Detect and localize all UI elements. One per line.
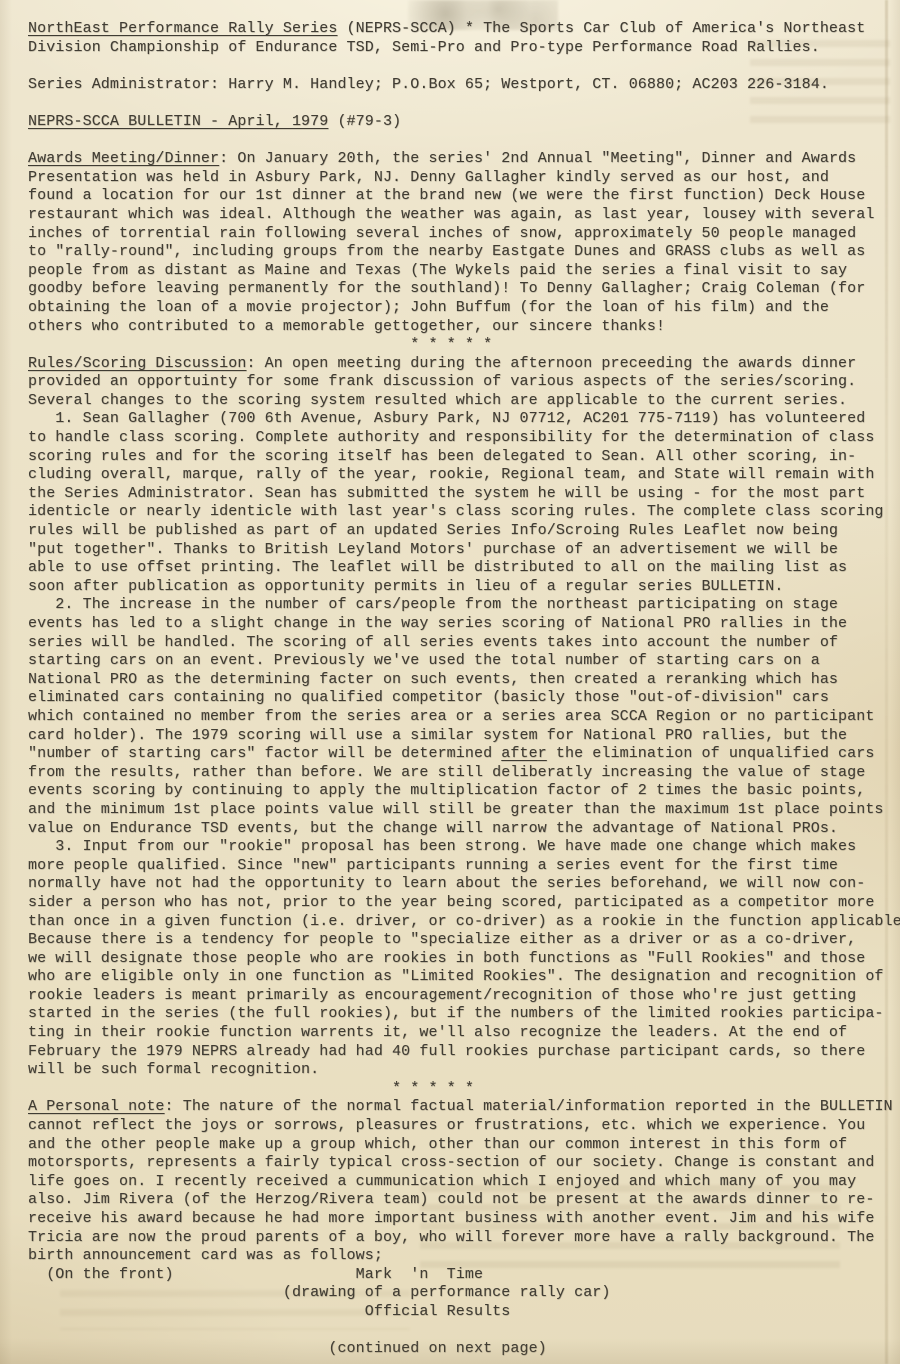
- text-run: Official Results: [28, 1303, 510, 1320]
- rules-heading-line: Rules/Scoring Discussion: An open meetin…: [28, 355, 900, 374]
- document-line: birth announcement card was as follows;: [28, 1247, 900, 1266]
- document-line: also. Jim Rivera (of the Herzog/Rivera t…: [28, 1191, 900, 1210]
- text-run: provided an opportuinty for some frank d…: [28, 373, 856, 390]
- document-line: more people qualified. Since "new" parti…: [28, 857, 900, 876]
- document-line: others who contributed to a memorable ge…: [28, 318, 900, 337]
- card-results-line: Official Results: [28, 1303, 900, 1322]
- text-run: able to use offset printing. The leaflet…: [28, 559, 847, 576]
- text-run: : On January 20th, the series' 2nd Annua…: [219, 150, 856, 167]
- document-line: starting cars on an event. Previously we…: [28, 652, 900, 671]
- text-run: "number of starting cars" factor will be…: [28, 745, 501, 762]
- document-line: rookie leaders is meant primarily as enc…: [28, 987, 900, 1006]
- text-run: 3. Input from our "rookie" proposal has …: [28, 838, 856, 855]
- text-run: scoring rules and for the scoring itself…: [28, 448, 856, 465]
- series-title-line: NorthEast Performance Rally Series (NEPR…: [28, 20, 900, 39]
- text-run: Presentation was held in Asbury Park, NJ…: [28, 169, 829, 186]
- text-run: (drawing of a performance rally car): [28, 1284, 611, 1301]
- text-run: and the other people make up a group whi…: [28, 1136, 847, 1153]
- text-run: inches of torrential rain following seve…: [28, 225, 856, 242]
- text-run: value on Endurance TSD events, but the c…: [28, 820, 838, 837]
- document-line: Several changes to the scoring system re…: [28, 392, 900, 411]
- document-line: card holder). The 1979 scoring will use …: [28, 727, 900, 746]
- document-line: inches of torrential rain following seve…: [28, 225, 900, 244]
- document-line: obtaining the loan of a movie projector)…: [28, 299, 900, 318]
- document-line: 3. Input from our "rookie" proposal has …: [28, 838, 900, 857]
- text-run: receive his award because he had more im…: [28, 1210, 874, 1227]
- document-line: [28, 1322, 900, 1341]
- document-line: rules will be published as part of an up…: [28, 522, 900, 541]
- text-run: soon after publication as opportunity pe…: [28, 578, 783, 595]
- document-line: soon after publication as opportunity pe…: [28, 578, 900, 597]
- document-line: who are eligible only in one function as…: [28, 968, 900, 987]
- administrator-line: Series Administrator: Harry M. Handley; …: [28, 76, 900, 95]
- text-run: more people qualified. Since "new" parti…: [28, 857, 838, 874]
- text-run: (#79-3): [328, 113, 401, 130]
- document-line: cannot reflect the joys or sorrows, plea…: [28, 1117, 900, 1136]
- continued-note: (continued on next page): [28, 1340, 900, 1359]
- text-run: to "rally-round", including groups from …: [28, 243, 865, 260]
- underlined-text: NorthEast Performance Rally Series: [28, 20, 337, 37]
- text-run: (On the front) Mark 'n Time: [28, 1266, 483, 1283]
- text-run: restaurant which was ideal. Although the…: [28, 206, 874, 223]
- underlined-text: Rules/Scoring Discussion: [28, 355, 246, 372]
- text-run: birth announcement card was as follows;: [28, 1247, 383, 1264]
- text-run: : The nature of the normal factual mater…: [165, 1098, 893, 1115]
- text-run: 2. The increase in the number of cars/pe…: [28, 596, 838, 613]
- text-run: rules will be published as part of an up…: [28, 522, 838, 539]
- underlined-text: after: [501, 745, 547, 762]
- text-run: the elimination of unqualified cars: [547, 745, 875, 762]
- document-line: normally have not had the opportunity to…: [28, 875, 900, 894]
- document-line: receive his award because he had more im…: [28, 1210, 900, 1229]
- document-line: from the results, rather than before. We…: [28, 764, 900, 783]
- text-run: : An open meeting during the afternoon p…: [246, 355, 856, 372]
- document-line: to "rally-round", including groups from …: [28, 243, 900, 262]
- text-run: Division Championship of Endurance TSD, …: [28, 39, 820, 56]
- text-run: also. Jim Rivera (of the Herzog/Rivera t…: [28, 1191, 874, 1208]
- awards-heading-line: Awards Meeting/Dinner: On January 20th, …: [28, 150, 900, 169]
- document-line: [28, 57, 900, 76]
- scanned-bulletin-page: { "page": { "kind": "typewritten scanned…: [0, 0, 900, 1364]
- document-line: series will be handled. The scoring of a…: [28, 634, 900, 653]
- text-run: goodby before leaving permanently for th…: [28, 280, 865, 297]
- document-line: we will designate those people who are r…: [28, 950, 900, 969]
- document-line: value on Endurance TSD events, but the c…: [28, 820, 900, 839]
- document-line: Tricia are now the proud parents of a bo…: [28, 1229, 900, 1248]
- text-run: which contained no member from the serie…: [28, 708, 874, 725]
- document-line: ting in their rookie function warrents i…: [28, 1024, 900, 1043]
- document-line: February the 1979 NEPRS already had had …: [28, 1043, 900, 1062]
- document-line: life goes on. I recently received a cumm…: [28, 1173, 900, 1192]
- text-run: February the 1979 NEPRS already had had …: [28, 1043, 865, 1060]
- text-run: cluding overall, marque, rally of the ye…: [28, 466, 874, 483]
- text-run: sider a person who has not, prior to the…: [28, 894, 874, 911]
- text-run: * * * * *: [28, 1080, 474, 1097]
- document-line: National PRO as the determining facter o…: [28, 671, 900, 690]
- text-run: eliminated cars containing no qualified …: [28, 689, 829, 706]
- document-line: people from as distant as Maine and Texa…: [28, 262, 900, 281]
- text-run: we will designate those people who are r…: [28, 950, 865, 967]
- document-line: [28, 132, 900, 151]
- after-emphasis-line: "number of starting cars" factor will be…: [28, 745, 900, 764]
- text-run: found a location for our 1st dinner at t…: [28, 187, 865, 204]
- text-run: cannot reflect the joys or sorrows, plea…: [28, 1117, 865, 1134]
- document-line: identicle or nearly identicle with last …: [28, 503, 900, 522]
- asterisk-separator: * * * * *: [28, 336, 900, 355]
- text-run: motorsports, represents a fairly typical…: [28, 1154, 874, 1171]
- text-run: National PRO as the determining facter o…: [28, 671, 838, 688]
- text-run: others who contributed to a memorable ge…: [28, 318, 665, 335]
- document-line: which contained no member from the serie…: [28, 708, 900, 727]
- document-line: able to use offset printing. The leaflet…: [28, 559, 900, 578]
- document-line: restaurant which was ideal. Although the…: [28, 206, 900, 225]
- document-line: motorsports, represents a fairly typical…: [28, 1154, 900, 1173]
- text-run: obtaining the loan of a movie projector)…: [28, 299, 829, 316]
- text-run: than once in a given function (i.e. driv…: [28, 913, 900, 930]
- document-line: and the other people make up a group whi…: [28, 1136, 900, 1155]
- text-run: "put together". Thanks to British Leylan…: [28, 541, 838, 558]
- document-line: events has led to a slight change in the…: [28, 615, 900, 634]
- document-line: than once in a given function (i.e. driv…: [28, 913, 900, 932]
- text-run: people from as distant as Maine and Texa…: [28, 262, 847, 279]
- document-line: to handle class scoring. Complete author…: [28, 429, 900, 448]
- text-run: (NEPRS-SCCA) * The Sports Car Club of Am…: [337, 20, 865, 37]
- text-run: (continued on next page): [28, 1340, 547, 1357]
- text-run: * * * * *: [28, 336, 492, 353]
- text-run: identicle or nearly identicle with last …: [28, 503, 884, 520]
- text-run: series will be handled. The scoring of a…: [28, 634, 838, 651]
- text-run: starting cars on an event. Previously we…: [28, 652, 820, 669]
- underlined-text: A Personal note: [28, 1098, 165, 1115]
- text-run: events has led to a slight change in the…: [28, 615, 847, 632]
- document-line: 2. The increase in the number of cars/pe…: [28, 596, 900, 615]
- document-line: found a location for our 1st dinner at t…: [28, 187, 900, 206]
- text-run: from the results, rather than before. We…: [28, 764, 865, 781]
- underlined-text: NEPRS-SCCA BULLETIN - April, 1979: [28, 113, 328, 130]
- text-run: Series Administrator: Harry M. Handley; …: [28, 76, 829, 93]
- text-run: and the minimum 1st place points value w…: [28, 801, 884, 818]
- document-line: [28, 94, 900, 113]
- series-title-line-2: Division Championship of Endurance TSD, …: [28, 39, 900, 58]
- text-run: events scoring by continuing to apply th…: [28, 782, 865, 799]
- underlined-text: Awards Meeting/Dinner: [28, 150, 219, 167]
- document-line: will be such formal recognition.: [28, 1061, 900, 1080]
- text-run: ting in their rookie function warrents i…: [28, 1024, 847, 1041]
- card-front-line: (On the front) Mark 'n Time: [28, 1266, 900, 1285]
- text-run: Because there is a tendency for people t…: [28, 931, 856, 948]
- card-drawing-line: (drawing of a performance rally car): [28, 1284, 900, 1303]
- document-line: and the minimum 1st place points value w…: [28, 801, 900, 820]
- text-run: who are eligible only in one function as…: [28, 968, 884, 985]
- document-line: the Series Administrator. Sean has submi…: [28, 485, 900, 504]
- text-run: started in the series (the full rookies)…: [28, 1005, 884, 1022]
- document-line: provided an opportuinty for some frank d…: [28, 373, 900, 392]
- text-run: normally have not had the opportunity to…: [28, 875, 865, 892]
- document-line: 1. Sean Gallagher (700 6th Avenue, Asbur…: [28, 410, 900, 429]
- text-run: rookie leaders is meant primarily as enc…: [28, 987, 856, 1004]
- document-line: sider a person who has not, prior to the…: [28, 894, 900, 913]
- text-run: Several changes to the scoring system re…: [28, 392, 847, 409]
- document-line: eliminated cars containing no qualified …: [28, 689, 900, 708]
- document-line: "put together". Thanks to British Leylan…: [28, 541, 900, 560]
- document-line: Presentation was held in Asbury Park, NJ…: [28, 169, 900, 188]
- asterisk-separator: * * * * *: [28, 1080, 900, 1099]
- document-body: NorthEast Performance Rally Series (NEPR…: [0, 0, 900, 1364]
- text-run: life goes on. I recently received a cumm…: [28, 1173, 856, 1190]
- text-run: card holder). The 1979 scoring will use …: [28, 727, 847, 744]
- text-run: will be such formal recognition.: [28, 1061, 319, 1078]
- document-line: goodby before leaving permanently for th…: [28, 280, 900, 299]
- bulletin-title-line: NEPRS-SCCA BULLETIN - April, 1979 (#79-3…: [28, 113, 900, 132]
- document-line: started in the series (the full rookies)…: [28, 1005, 900, 1024]
- personal-note-heading-line: A Personal note: The nature of the norma…: [28, 1098, 900, 1117]
- text-run: the Series Administrator. Sean has submi…: [28, 485, 865, 502]
- document-line: cluding overall, marque, rally of the ye…: [28, 466, 900, 485]
- document-line: Because there is a tendency for people t…: [28, 931, 900, 950]
- document-line: events scoring by continuing to apply th…: [28, 782, 900, 801]
- text-run: 1. Sean Gallagher (700 6th Avenue, Asbur…: [28, 410, 865, 427]
- document-line: scoring rules and for the scoring itself…: [28, 448, 900, 467]
- text-run: to handle class scoring. Complete author…: [28, 429, 874, 446]
- text-run: Tricia are now the proud parents of a bo…: [28, 1229, 874, 1246]
